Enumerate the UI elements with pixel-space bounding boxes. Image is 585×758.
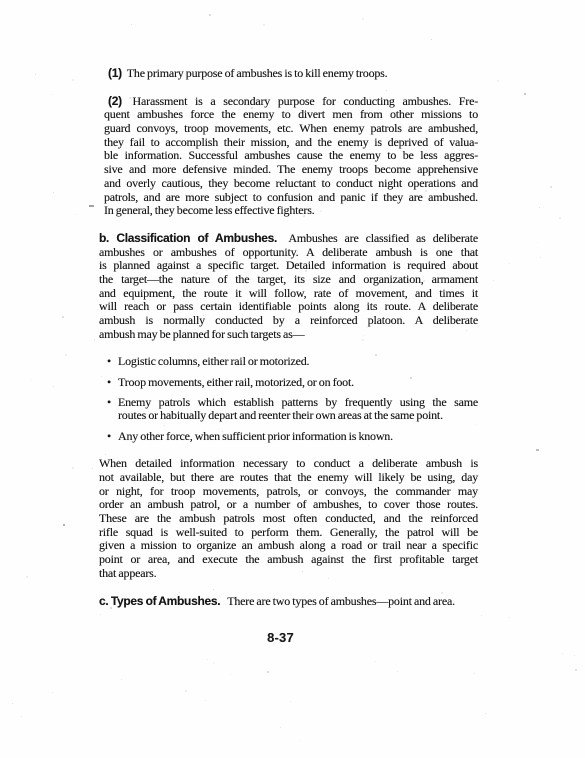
scan-speck [509,617,510,618]
text-line: that appears. [99,567,478,581]
text-line: patrols, and are more subject to confusi… [104,191,478,205]
scan-speck [537,242,538,243]
text-line: and equipment, the route it will follow,… [99,287,478,301]
text-line: rifle squad is well-suited to perform th… [99,526,478,540]
scan-speck [62,316,64,318]
scan-speck [72,467,74,469]
scan-speck [52,692,53,693]
bullet-text: Any other force, when sufficient prior i… [118,430,478,444]
bullet-text: Enemy patrols which establish patterns b… [118,396,478,423]
section-paragraph: c. Types of Ambushes. There are two type… [99,595,478,609]
text-line: Any other force, when sufficient prior i… [118,430,478,444]
scan-speck [209,14,211,16]
scan-speck [575,669,577,671]
text-line: (2) Harassment is a secondary purpose fo… [104,95,478,109]
text-column: (1) The primary purpose of ambushes is t… [99,67,478,622]
scan-speck [540,257,541,258]
scan-speck [53,386,54,387]
text-line: not available, but there are routes that… [99,471,478,485]
section-paragraph: b. Classification of Ambushes. Ambushes … [99,232,478,342]
scan-speck [53,192,54,193]
text-line: they fail to accomplish their mission, a… [104,136,478,150]
subparagraph-label: (2) [108,94,122,108]
text-line: order an ambush patrol, or a number of a… [99,498,478,512]
text-line: guard convoys, troop movements, etc. Whe… [104,122,478,136]
text-line: Enemy patrols which establish patterns b… [118,396,478,410]
bullet-text: Troop movements, either rail, motorized,… [118,376,478,390]
text-line: ambush is normally conducted by a reinfo… [99,314,478,328]
text-line: ambush may be planned for such targets a… [99,328,478,342]
text-line: will reach or pass certain identifiable … [99,300,478,314]
text-line: ble information. Successful ambushes cau… [104,149,478,163]
text-line: given a mission to organize an ambush al… [99,539,478,553]
text-line: quent ambushes force the enemy to divert… [104,108,478,122]
scan-speck [121,679,122,680]
subparagraph-label: (1) [108,66,122,80]
scan-speck [12,703,13,704]
scan-speck [290,701,291,702]
text-line: and overly cautious, they become relucta… [104,177,478,191]
scan-speck [213,662,215,664]
text-line: point or area, and execute the ambush ag… [99,553,478,567]
scan-speck [497,80,499,82]
bullet-item: •Logistic columns, either rail or motori… [99,355,478,369]
scan-speck [92,468,93,469]
text-line: When detailed information necessary to c… [99,457,478,471]
scan-speck [76,214,77,215]
scan-speck [300,740,301,741]
text-line: These are the ambush patrols most often … [99,512,478,526]
scan-speck [509,263,510,264]
bullet-icon: • [99,396,118,410]
scan-artifact [89,205,94,207]
text-line: b. Classification of Ambushes. Ambushes … [99,232,478,246]
scan-speck [35,74,36,75]
scan-speck [207,659,208,660]
scan-speck [230,674,231,675]
scan-speck [362,18,364,20]
section-heading: c. Types of Ambushes. [99,594,220,608]
scanned-document-page: (1) The primary purpose of ambushes is t… [0,0,585,758]
scan-speck [280,727,281,728]
scan-speck [65,354,67,356]
scan-speck [205,700,206,701]
text-line: routes or habitually depart and reenter … [118,409,478,423]
scan-speck [31,379,32,380]
text-line: Troop movements, either rail, motorized,… [118,376,478,390]
text-line: or night, for troop movements, patrols, … [99,485,478,499]
bullet-item: •Troop movements, either rail, motorized… [99,376,478,390]
text-line: ambushes or ambushes of opportunity. A d… [99,246,478,260]
bullet-icon: • [99,376,118,390]
text-line: (1) The primary purpose of ambushes is t… [104,67,478,81]
text-line: Logistic columns, either rail or motoriz… [118,355,478,369]
scan-speck [375,661,376,662]
scan-speck [431,39,432,40]
scan-artifact [63,524,65,526]
scan-speck [263,24,265,26]
sub-paragraph: (2) Harassment is a secondary purpose fo… [104,95,478,218]
scan-speck [493,280,494,281]
text-line: the target—the nature of the target, its… [99,273,478,287]
scan-speck [21,716,22,717]
bullet-icon: • [99,355,118,369]
scan-speck [131,24,132,25]
text-line: is planned against a specific target. De… [99,259,478,273]
page-number: 8-37 [91,630,470,645]
bullet-item: •Any other force, when sufficient prior … [99,430,478,444]
scan-speck [539,207,540,208]
body-paragraph: When detailed information necessary to c… [99,457,478,580]
scan-speck [52,94,53,95]
bullet-icon: • [99,430,118,444]
bullet-item: •Enemy patrols which establish patterns … [99,396,478,423]
scan-artifact [536,449,539,451]
sub-paragraph: (1) The primary purpose of ambushes is t… [104,67,478,81]
scan-speck [267,671,269,673]
scan-speck [94,339,95,340]
scan-artifact [524,93,526,95]
bullet-text: Logistic columns, either rail or motoriz… [118,355,478,369]
scan-speck [485,713,486,714]
scan-speck [474,673,475,674]
text-line: c. Types of Ambushes. There are two type… [99,595,478,609]
text-line: sive and more defensive minded. The enem… [104,163,478,177]
text-line: In general, they become less effective f… [104,204,478,218]
scan-speck [72,79,74,81]
scan-speck [574,655,575,656]
scan-speck [397,671,398,672]
scan-speck [562,653,563,654]
scan-speck [481,615,482,616]
scan-speck [550,186,552,188]
scan-speck [26,576,28,578]
scan-speck [559,217,561,219]
scan-speck [185,690,187,692]
section-heading: b. Classification of Ambushes. [99,231,277,245]
